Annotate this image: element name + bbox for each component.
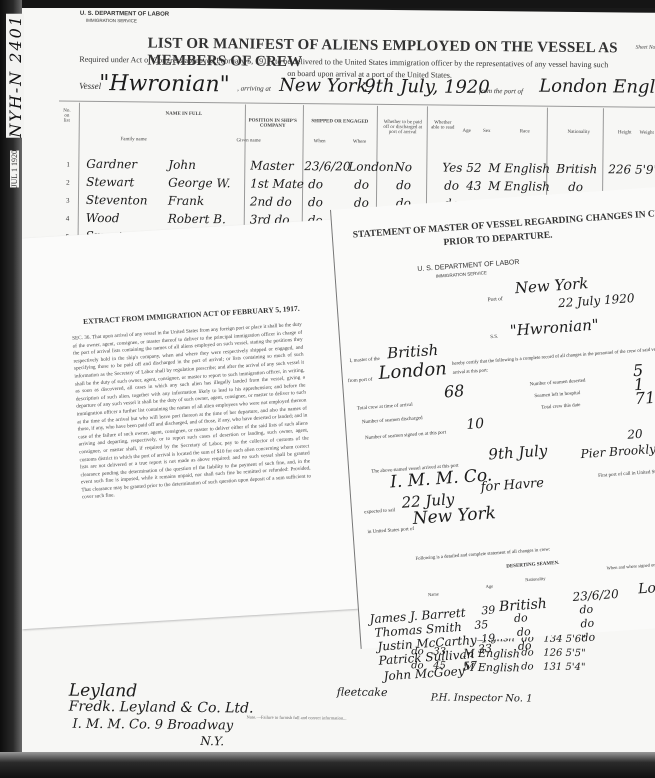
statement-sheet: STATEMENT OF MASTER OF VESSEL REGARDING …	[330, 185, 655, 649]
deserter-where: London	[638, 578, 655, 598]
statement-date: 22 July 1920	[558, 291, 635, 310]
destination-value: for Havre	[480, 476, 544, 495]
sheet-number-label: Sheet No.	[636, 45, 655, 51]
age: 43	[466, 179, 481, 193]
shipped-where: London	[348, 160, 394, 174]
deserter-when: do	[580, 617, 595, 631]
able-to-read: do	[444, 179, 459, 193]
col-header-shipped: SHIPPED OR ENGAGED	[305, 119, 375, 125]
col-header-nationality: Nationality	[559, 130, 599, 135]
given-name: Robert B.	[168, 212, 226, 227]
side-stamp: NYH-N 2401	[6, 14, 24, 138]
ship-name: "Hwronian"	[509, 316, 599, 340]
nationality: British	[556, 162, 597, 176]
paid-off: do	[396, 178, 411, 192]
deserter-nationality: do	[514, 611, 529, 625]
col-header-paid-off: Whether to be paid off or discharged at …	[383, 120, 423, 135]
signature-company: Fredk. Leyland & Co. Ltd.	[69, 699, 254, 717]
left-hospital-label: Seamen left in hospital	[534, 391, 580, 399]
deserter-col-when: When and where signed on	[606, 562, 655, 570]
family-name: Steventon	[86, 193, 148, 208]
age: 52	[466, 161, 481, 175]
department-label: U. S. DEPARTMENT OF LABOR	[80, 11, 169, 18]
port-label: Port of	[487, 296, 503, 303]
total-crew-label: Total crew at time of arrival	[357, 403, 413, 412]
col-header-height: Height	[615, 130, 635, 135]
row-no: 1	[66, 161, 70, 169]
deserted-label: Number of seamen deserted	[530, 379, 586, 388]
col-header-age: Age	[459, 129, 475, 134]
col-header-where: Where	[345, 140, 375, 145]
us-port-label: in United States port of	[367, 527, 414, 535]
family-name: Stewart	[86, 175, 134, 190]
deserter-age: 33	[478, 642, 493, 656]
col-header-when: When	[305, 139, 335, 144]
scan-edge-bottom	[0, 752, 655, 778]
col-header-given: Given name	[209, 138, 289, 144]
arrived-value: 9th July	[488, 441, 548, 463]
vessel-label: Vessel	[79, 81, 101, 91]
arriving-label: , arriving at	[237, 84, 271, 92]
row-no: 2	[66, 179, 70, 187]
race: English	[504, 161, 550, 175]
arrival-date: 9th July, 1920	[364, 76, 490, 98]
from-port-label: from port of	[348, 377, 373, 384]
deserter-age: 39	[481, 603, 496, 617]
vessel-name: "Hwronian"	[99, 71, 230, 97]
given-name: Frank	[168, 194, 204, 208]
col-header-weight: Weight	[637, 131, 655, 136]
arrival-port: New York,	[279, 75, 373, 97]
deserter-col-nationality: Nationality	[525, 576, 546, 582]
certify-text: hereby certify that the following is a c…	[452, 344, 655, 378]
port-value: New York	[514, 274, 589, 297]
position: 1st Mate	[250, 177, 304, 192]
master-label: I, master of the	[349, 357, 380, 364]
discharged-label: Number of seamen discharged	[362, 416, 423, 425]
row-no: 3	[66, 197, 70, 205]
year-value: 20	[627, 427, 643, 442]
departure-port: London Engla	[539, 76, 655, 98]
family-name: Gardner	[86, 157, 137, 172]
family-name: Wood	[86, 211, 120, 225]
deserter-when: do	[579, 603, 594, 617]
col-header-race: Race	[505, 129, 545, 134]
row-no: 4	[66, 215, 70, 223]
shipped-when: do	[308, 195, 323, 209]
from-port-value: London	[378, 358, 448, 384]
signature-city: N.Y.	[200, 734, 224, 748]
deserter-age: 35	[474, 618, 489, 632]
deserter-when: 23/6/20	[572, 587, 619, 604]
deserting-header: DESERTING SEAMEN.	[506, 561, 559, 570]
given-name: John	[168, 158, 196, 172]
position: Master	[250, 159, 293, 173]
schedule-text: Following is a detailed and complete sta…	[415, 547, 550, 561]
col-header-name: NAME IN FULL	[119, 111, 249, 117]
berth-value: Pier Brooklyn	[580, 441, 655, 461]
sex: M	[488, 161, 500, 175]
col-header-sex: Sex	[479, 129, 495, 134]
total-now-value: 71	[634, 388, 655, 408]
shipped-when: do	[308, 177, 323, 191]
from-port-label: from the port of	[479, 87, 523, 95]
date-stamp: JUL 1 1920	[10, 150, 19, 187]
ss-label: S.S.	[490, 335, 498, 341]
total-now-label: Total crew this date	[541, 403, 580, 411]
col-header-read: Whether able to read	[431, 120, 455, 130]
extract-title: EXTRACT FROM IMMIGRATION ACT OF FEBRUARY…	[83, 304, 300, 326]
col-header-family: Family name	[89, 137, 179, 143]
signed-on-label: Number of seamen signed on at this port	[365, 430, 446, 441]
deserter-nationality: do	[517, 639, 532, 653]
scan-edge-top	[0, 0, 655, 8]
statement-title-2: PRIOR TO DEPARTURE.	[443, 231, 553, 249]
paid-off: No	[394, 160, 412, 174]
statement-department-sub: IMMIGRATION SERVICE	[436, 270, 487, 279]
total-crew-value: 68	[443, 381, 465, 401]
position: 2nd do	[250, 195, 292, 209]
vessel-line: Vessel "Hwronian" , arriving at New York…	[79, 71, 655, 103]
table-header: No. on list NAME IN FULL Family name Giv…	[58, 103, 655, 159]
col-header-position: POSITION IN SHIP'S COMPANY	[247, 119, 299, 130]
deserters-list: James J. Barrett 39 British 23/6/20 Lond…	[368, 577, 655, 700]
expected-label: expected to sail	[364, 508, 395, 515]
footer-note: Note.—Failure to furnish full and correc…	[247, 715, 607, 724]
department-sub: IMMIGRATION SERVICE	[86, 18, 137, 24]
deserter-age: 57	[463, 659, 478, 673]
signature-block: Leyland Fredk. Leyland & Co. Ltd. I. M. …	[50, 686, 611, 762]
col-header-no: No. on list	[61, 109, 73, 124]
shipped-where: do	[354, 178, 369, 192]
deserter-when: do	[581, 631, 596, 645]
extract-body: SEC. 36. That upon arrival of any vessel…	[72, 322, 312, 503]
first-port-label: First port of call in United States	[598, 469, 655, 479]
given-name: George W.	[168, 176, 230, 191]
sex: M	[488, 179, 500, 193]
race: English	[504, 179, 550, 193]
height-weight: 226 5'9"	[608, 162, 655, 177]
able-to-read: Yes	[442, 161, 462, 175]
deserter-col-age: Age	[485, 584, 493, 590]
shipped-when: 23/6/20	[304, 159, 350, 173]
signature-agent: I. M. M. Co. 9 Broadway	[72, 717, 233, 734]
signed-on-value: 10	[466, 416, 485, 433]
deserter-nationality: do	[516, 625, 531, 639]
